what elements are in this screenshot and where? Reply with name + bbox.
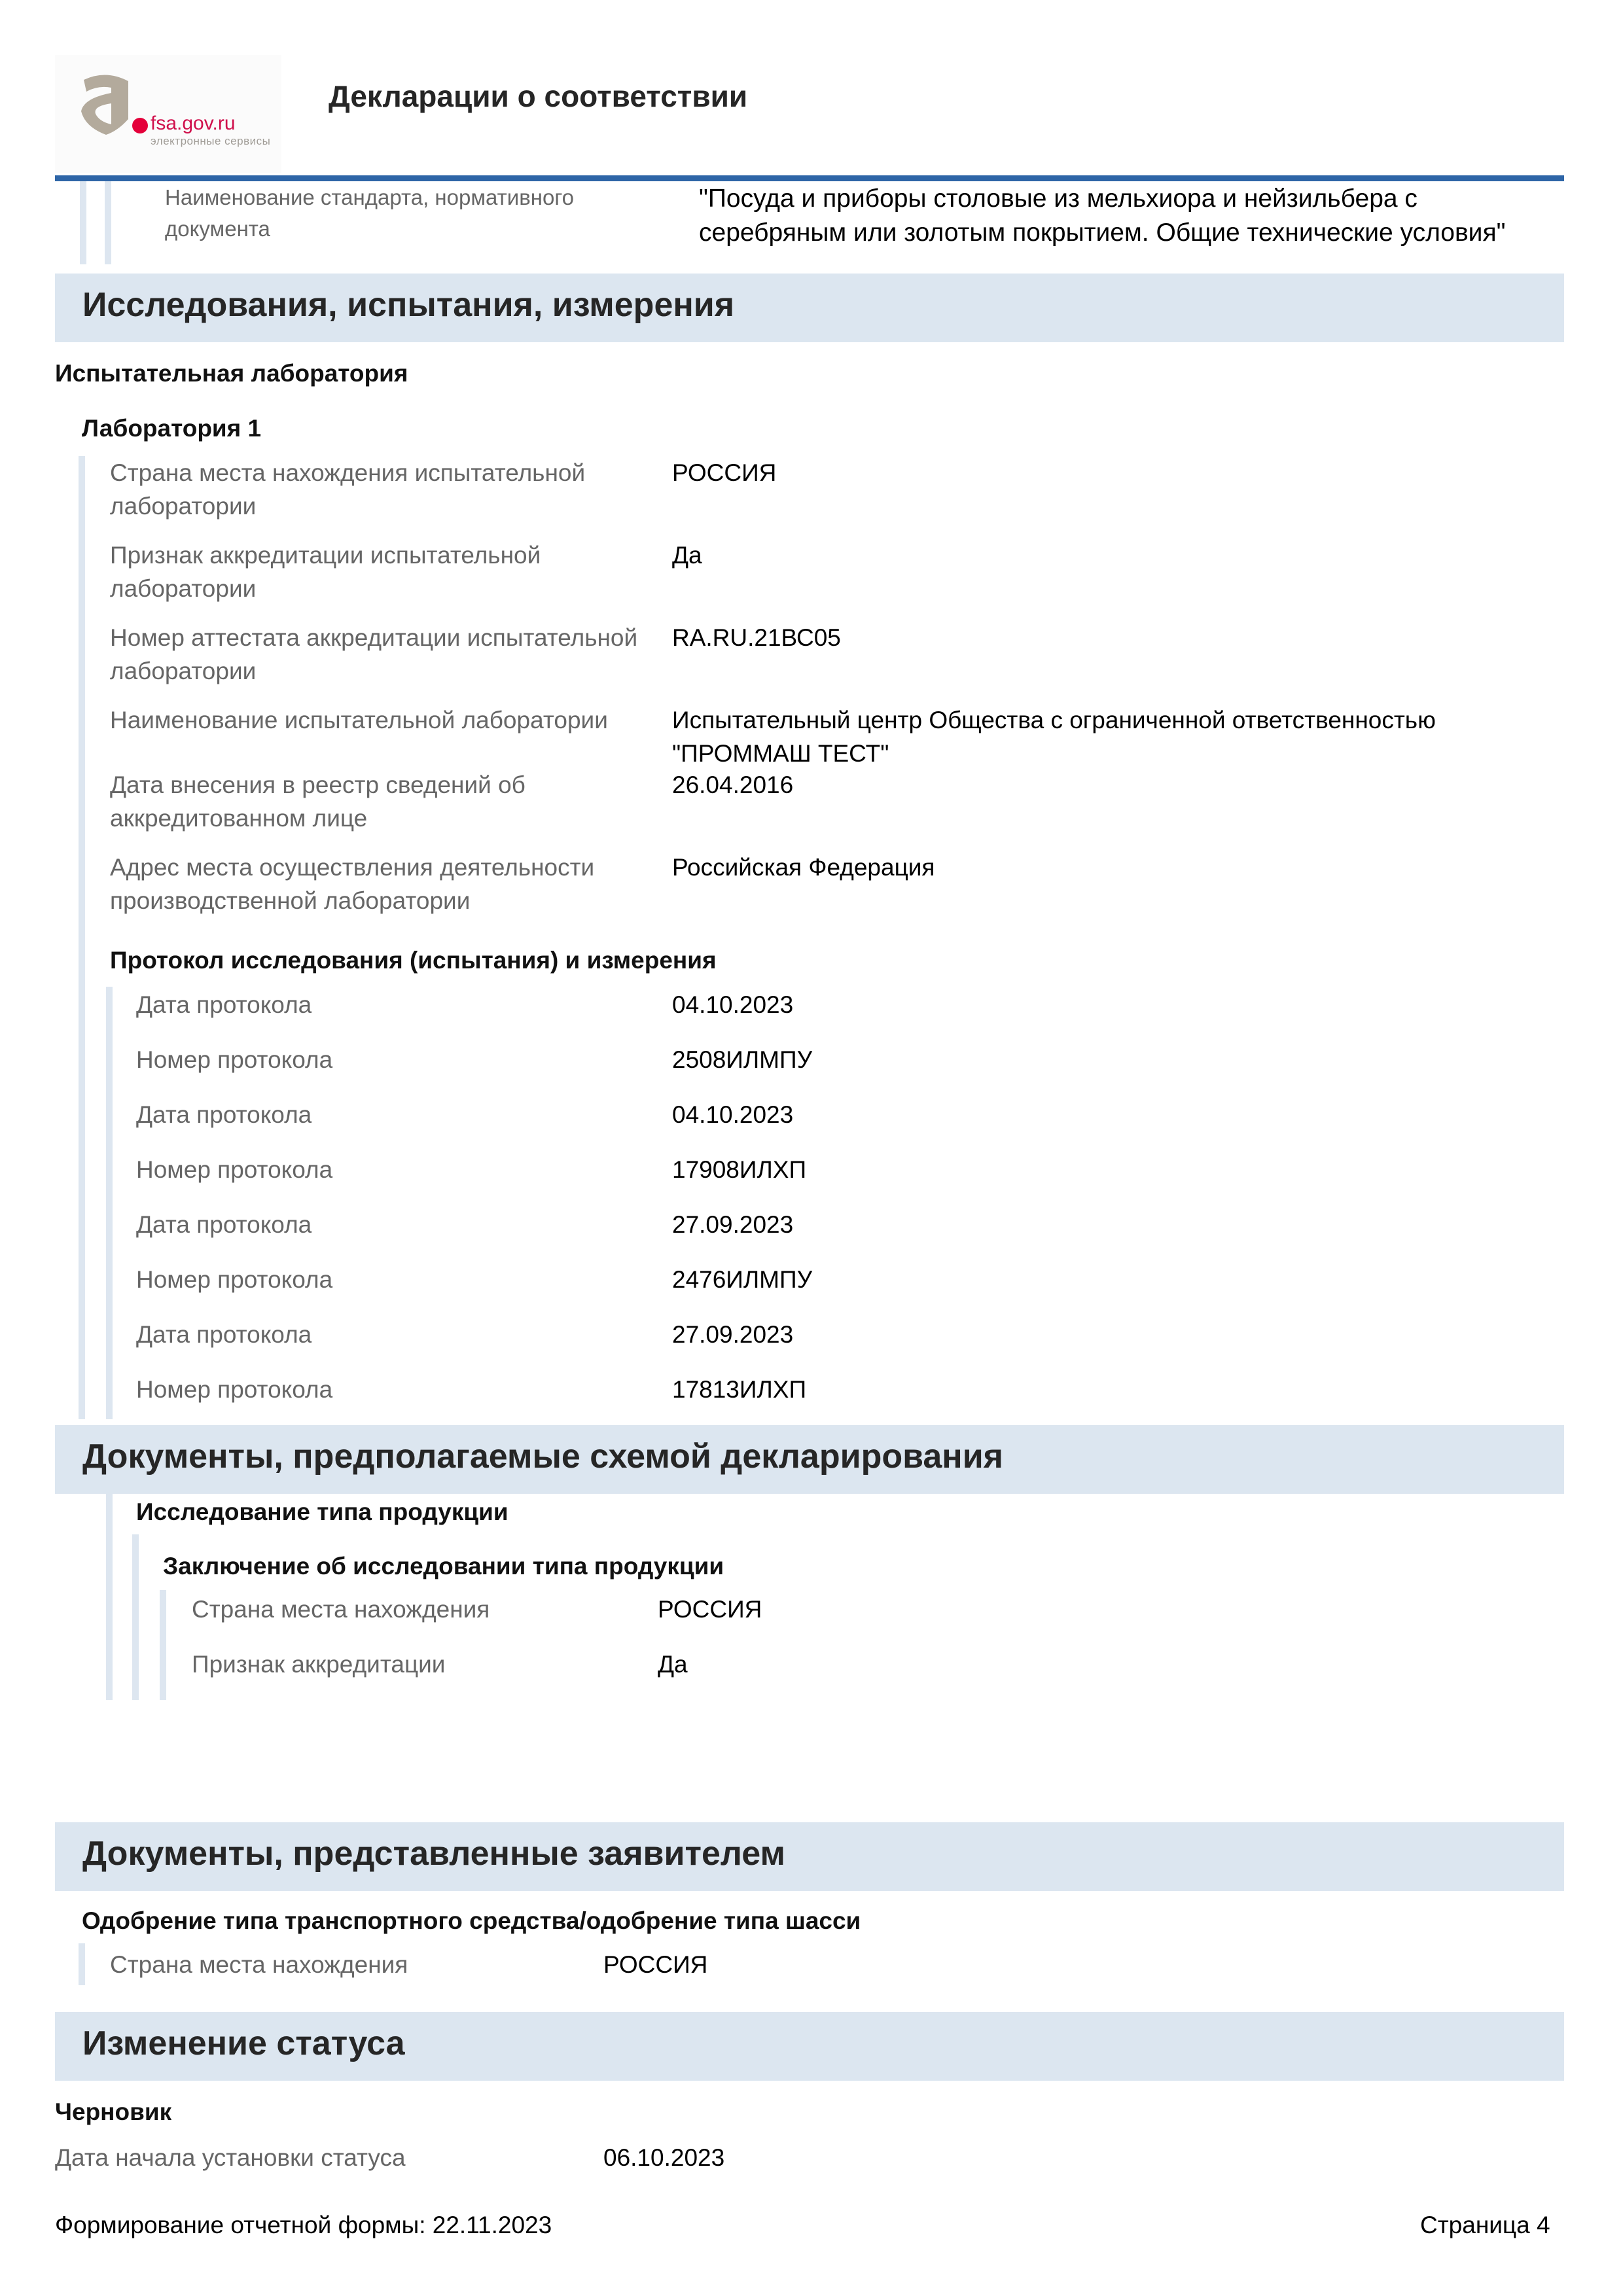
- lab-heading: Испытательная лаборатория: [55, 360, 408, 387]
- field-value: 26.04.2016: [672, 768, 1523, 802]
- standard-value: "Посуда и приборы столовые из мельхиора …: [699, 182, 1569, 250]
- field-value: 04.10.2023: [672, 988, 1196, 1021]
- field-value: RA.RU.21ВС05: [672, 621, 1523, 654]
- field-value: Российская Федерация: [672, 851, 1523, 884]
- field-value: 17813ИЛХП: [672, 1373, 1196, 1406]
- field-label: Номер протокола: [136, 1263, 660, 1296]
- indent-line: [106, 1494, 113, 1700]
- logo-dot-icon: [132, 118, 148, 133]
- field-value: РОССИЯ: [658, 1593, 1050, 1626]
- lab-name: Лаборатория 1: [82, 415, 261, 442]
- field-value: 17908ИЛХП: [672, 1153, 1196, 1186]
- logo-subtitle: электронные сервисы: [151, 135, 270, 148]
- field-label: Адрес места осуществления деятельности п…: [110, 851, 666, 917]
- field-value: 04.10.2023: [672, 1098, 1196, 1131]
- field-label: Номер протокола: [136, 1043, 660, 1076]
- page-title: Декларации о соответствии: [329, 79, 747, 114]
- header-rule: [55, 175, 1564, 181]
- report-generated-date: Формирование отчетной формы: 22.11.2023: [55, 2212, 552, 2239]
- field-label: Страна места нахождения: [110, 1948, 568, 1981]
- field-value: 27.09.2023: [672, 1208, 1196, 1241]
- section-title: Документы, представленные заявителем: [82, 1834, 785, 1873]
- field-label: Страна места нахождения: [192, 1593, 650, 1626]
- indent-line: [160, 1590, 166, 1700]
- protocol-heading: Протокол исследования (испытания) и изме…: [110, 947, 717, 974]
- status-name: Черновик: [55, 2098, 171, 2126]
- status-date-value: 06.10.2023: [603, 2141, 724, 2174]
- indent-line: [79, 1943, 85, 1985]
- field-label: Номер протокола: [136, 1153, 660, 1186]
- applicant-subheading: Одобрение типа транспортного средства/од…: [82, 1907, 861, 1935]
- field-value: РОССИЯ: [672, 456, 1523, 489]
- section-title: Изменение статуса: [82, 2024, 405, 2063]
- field-value: РОССИЯ: [603, 1948, 996, 1981]
- scheme-subheading: Исследование типа продукции: [136, 1498, 508, 1526]
- field-label: Страна места нахождения испытательной ла…: [110, 456, 666, 523]
- field-value: Да: [672, 539, 1523, 572]
- logo: fsa.gov.ru электронные сервисы: [55, 55, 281, 173]
- indent-line: [106, 987, 113, 1419]
- scheme-subsubheading: Заключение об исследовании типа продукци…: [163, 1553, 724, 1580]
- indent-line: [105, 181, 111, 264]
- section-status-change: Изменение статуса: [55, 2012, 1564, 2081]
- section-scheme-docs: Документы, предполагаемые схемой деклари…: [55, 1425, 1564, 1494]
- section-title: Исследования, испытания, измерения: [82, 285, 734, 325]
- field-label: Номер аттестата аккредитации испытательн…: [110, 621, 666, 688]
- section-research: Исследования, испытания, измерения: [55, 274, 1564, 342]
- field-label: Дата протокола: [136, 1208, 660, 1241]
- field-label: Номер протокола: [136, 1373, 660, 1406]
- field-label: Признак аккредитации испытательной лабор…: [110, 539, 666, 605]
- standard-label: Наименование стандарта, нормативного док…: [165, 182, 623, 245]
- field-label: Дата внесения в реестр сведений об аккре…: [110, 768, 666, 835]
- field-label: Дата протокола: [136, 1098, 660, 1131]
- field-value: 27.09.2023: [672, 1318, 1196, 1351]
- indent-line: [80, 181, 86, 264]
- field-value: Испытательный центр Общества с ограничен…: [672, 703, 1523, 770]
- field-value: 2508ИЛМПУ: [672, 1043, 1196, 1076]
- field-label: Наименование испытательной лаборатории: [110, 703, 666, 737]
- field-label: Дата протокола: [136, 1318, 660, 1351]
- section-applicant-docs: Документы, представленные заявителем: [55, 1822, 1564, 1891]
- indent-line: [132, 1534, 139, 1700]
- page-number: Страница 4: [1420, 2212, 1550, 2239]
- field-value: 2476ИЛМПУ: [672, 1263, 1196, 1296]
- field-label: Признак аккредитации: [192, 1648, 650, 1681]
- field-label: Дата протокола: [136, 988, 660, 1021]
- logo-domain: fsa.gov.ru: [151, 113, 236, 135]
- field-value: Да: [658, 1648, 1050, 1681]
- fsa-logo-a-icon: [79, 73, 134, 136]
- status-date-label: Дата начала установки статуса: [55, 2141, 406, 2174]
- section-title: Документы, предполагаемые схемой деклари…: [82, 1437, 1003, 1476]
- indent-line: [79, 456, 85, 1419]
